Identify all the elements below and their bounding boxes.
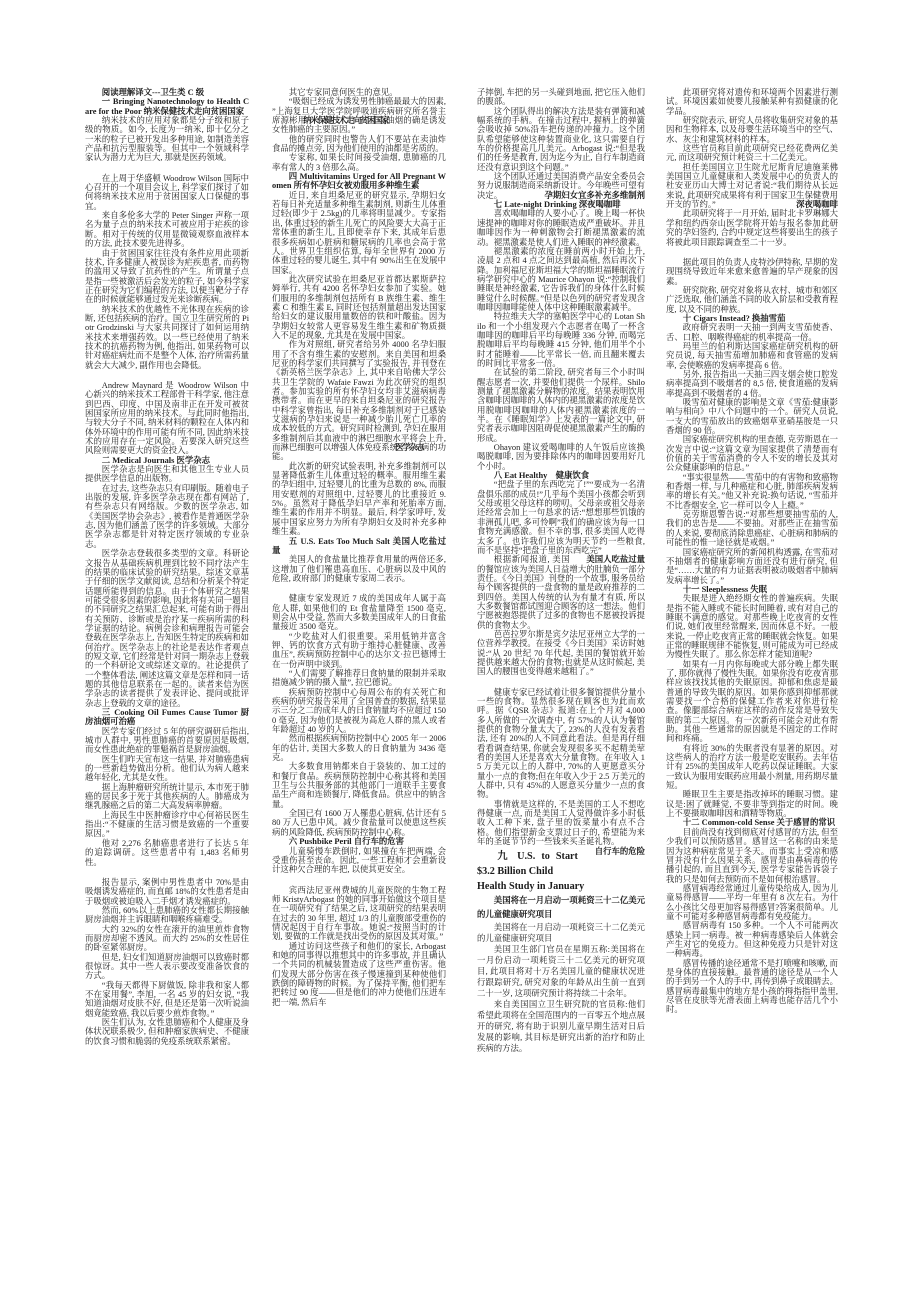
paragraph: “吸烟已经成为诱发男性肺癌最最大的因素, ”上海复旦大学医学院呼吸道疾病研究所名… (272, 97, 446, 134)
paragraph: 喜欢喝咖啡的人要小心了。晚上喝一杯快速提神的咖啡对你的睡眠造成严重破坏。并且咖啡… (477, 209, 645, 246)
text-column-4: 此项研究将对遗传和环境两个因素进行测试。环境因素如使婴儿接触某种有损健康的化学品… (666, 88, 838, 1015)
paragraph: 目前尚没有找到彻底对付感冒的方法, 但至少我们可以预防感冒。感冒这一名称的由来是… (666, 828, 838, 884)
paragraph: 上海民生中医肿瘤诊疗中心何裕民医生指出:“不健康的生活习惯是致癌的一个重要原因。… (85, 811, 249, 839)
paragraph: 纳米技术的应用对象都是分子级和原子级的物质。如今, 长度为一纳米, 即十亿分之一… (85, 116, 249, 163)
paragraph: 担任美国国立卫生院尤尼斯肯尼迪施莱佛美国国立儿童健康和人类发展中心的负责人的杜安… (666, 163, 838, 210)
paragraph: 大多数食用钠都来自于袋装的、加工过的和餐厅食品。疾病预防控制中心称其将和美国卫生… (272, 762, 446, 809)
paragraph: 此项研究将于一月开始, 届时北卡罗琳娜大学和纽约西奈山医学院将开始与报名参加此研… (666, 209, 838, 246)
bold-runin-title: 医学杂志 (395, 443, 423, 452)
text-segment: 事情就是这样的, 不是美国的工人不想吃得健康一点, 而是美国工人觉得做许多小时低… (477, 800, 645, 846)
paragraph: 纳米技术的优越性不光体现在疾病的诊断, 还包括疾病的治疗。国立卫生研究所的 Pi… (85, 305, 249, 370)
paragraph: 有将近 30%的失眠者没有显著的原因。对这些病人的治疗方法一般是吃安眠药。去年估… (666, 744, 838, 791)
bold-runin-title: 纳米保健技术走向贫困国家 (303, 116, 388, 125)
paragraph: 国家癌症研究所的新闻机构透露, 在雪茄对不抽烟者的健康影响方面还没有进行研究, … (666, 548, 838, 585)
bold-lead-paragraph: 美国将在一月启动一项耗资三十二亿美元的儿童健康研究项目 (477, 894, 645, 922)
paragraph: 感冒病毒经常通过儿童传染给成人, 因为儿童易得感冒——平均一年里有 8 次左右。… (666, 884, 838, 921)
document-page: 阅读理解译文---卫生类 C 级一 Bringing Nanotechnolog… (0, 0, 920, 1302)
text-column-2: 其它专家同意何医生的意见。“吸烟已经成为诱发男性肺癌最最大的因素, ”上海复旦大… (272, 88, 446, 1007)
paragraph: 健康专家发现近 7 成的美国成年人属于高危人群, 如果他们的 Et 食盐量降至 … (272, 594, 446, 631)
paragraph: 通过访问这些孩子和他们的家长, Arbogast 和她的同事得以推想其中的许多事… (272, 942, 446, 1007)
paragraph: 失眠是进入绝经期女性的普遍疾病。失眠是指不能入睡或不能长时间睡着, 或有对自己的… (666, 594, 838, 659)
paragraph: 美国人的食盐量比推荐食用量的两倍还多, 这增加了他们罹患高血压、心脏病以及中风的… (272, 555, 446, 583)
paragraph: 然而, 60%以上患肺癌的女性都长期接触厨房油烟并主诉眼睛和咽喉疼痛难受。 (85, 906, 249, 925)
paragraph: 吸雪茄对健康的影响是文章《雪茄:健康影响与相向》中八个问题中的一个。研究人员说,… (666, 398, 838, 435)
paragraph: 他对 2,276 名肺癌患者进行了长达 5 年的追踪调研。这些患者中有 1,48… (85, 839, 249, 867)
text-column-3: 子摔倒, 车把的另一头碰到地面, 把它压入他们的腹部。这个团队得出的解决方法是装… (477, 88, 645, 1054)
paragraph: “把盘子里的东西吃完了!”“要成为一名清盘俱乐部的成员!”几乎每个美国小孩都会听… (477, 480, 645, 555)
section-heading: 十 Cigars Instead? 换抽雪茄 (666, 314, 838, 323)
paragraph: 特拉维夫大学的塞帕医学中心的 Lotan Shilo 和一个小组发现六个志愿者在… (477, 312, 645, 368)
paragraph: 近日, 来自坦桑尼亚的研究显示, 孕期妇女若每日补充适量多种维生素制剂, 则新生… (272, 191, 446, 275)
bold-runin-title: 孕期妇女宜多补充多维制剂 (528, 191, 645, 200)
paragraph: 此项研究将对遗传和环境两个因素进行测试。环境因素如使婴儿接触某种有损健康的化学品… (666, 88, 838, 116)
paragraph: 据此项目的负责人皮特沙伊特称, 早期的发现围绕导致近年来愈来愈普遍的早产现象的因… (666, 258, 838, 286)
bold-runin-title: 自行车的危险 (578, 847, 645, 856)
paragraph: “我每天都得下厨做饭, 除非我和家人都不在家用餐”, 李旭, 一名 45 岁的妇… (85, 981, 249, 1018)
paragraph: 事情就是这样的, 不是美国的工人不想吃得健康一点, 而是美国工人觉得做许多小时低… (477, 800, 645, 847)
section-heading: 三 Cooking Oil Fumes Cause Tumor 厨房油烟可治癌 (85, 708, 249, 727)
paragraph: 由于贫困国家往往没有条件应用此项新技术, 许多健康人被误诊为疟疾患者, 而药物的… (85, 249, 249, 305)
document-title: 阅读理解译文---卫生类 C 级 (85, 88, 249, 97)
section-heading: 十一 Sleeplessness 失眠 (666, 585, 838, 594)
paragraph: 报告显示, 案例中男性患者中 70%是由吸烟诱发癌症的, 而直邮 18%的女性患… (85, 878, 249, 906)
paragraph: 在过去, 这些杂志只有印刷版。随着电子出版的发展, 许多医学杂志现在都有网站了,… (85, 484, 249, 549)
section-heading: 一 Bringing Nanotechnology to Health Care… (85, 97, 249, 116)
paragraph: 医学杂志是向医生和其他卫生专业人员提供医学信息的出版物。 (85, 465, 249, 484)
paragraph: Andrew Maynard 是 Woodrow Wilson 中心新兴的纳米技… (85, 381, 249, 456)
section-heading: 十二 Common-cold Sense 关于感冒的常识 (666, 818, 838, 827)
paragraph: 此次新的研究试验表明, 补充多维制剂可以显著降低新生儿体重过轻的概率。服用维生素… (272, 462, 446, 537)
paragraph: 如果有一月内你每晚或大部分晚上都失眠了, 那你就得了慢性失眠。如果你没有吃夜宵那… (666, 660, 838, 744)
paragraph: “事实很显然——雪茄中的有害物和致癌物和香烟一样, 与几种癌症和心脏, 肺部疾病… (666, 473, 838, 510)
paragraph: 其它专家同意何医生的意见。 (272, 88, 446, 97)
paragraph: 医生们认为, 女性患肺癌和个人健康及身体状况联系极少, 但和肿瘤家族病史、不健康… (85, 1018, 249, 1046)
paragraph: “人们需要了解推荐日食钠量的限制并采取措施减少钠的摄入量”, 拉巴德说。 (272, 669, 446, 688)
paragraph: 芭芭拉罗尔斯是宾夕法尼亚州立大学的一位营养学教授。在接受《今日美国》采访时她说:… (477, 630, 645, 677)
paragraph: 全国已有 1600 万人罹患心脏病, 估计还有 580 万人已患中风。减少食盐量… (272, 809, 446, 837)
paragraph: “少吃盐对人们很重要。采用低钠并富含钾、钙的饮食方式有助于维持心脏健康、改善血压… (272, 632, 446, 669)
paragraph: 医生们昨天宣布这一结果, 并对肺癌患病的一些新趋势做出分析。他们认为病人越来越年… (85, 755, 249, 783)
paragraph-gap (272, 583, 446, 594)
paragraph: 根据新闻报道, 美国的餐馆应该为美国人日益增大的肚腩负一部分责任。《今日美国》刊… (477, 555, 645, 630)
paragraph: 健康专家已经试着让很多餐馆提供分量小一些的食物。显然很多现在顾客也为此而欢呼。据… (477, 688, 645, 800)
paragraph: 大约 32%的女性在滚开的油里煎炸食物而厨房却密不透风。而大约 25%的女性居住… (85, 925, 249, 953)
paragraph: 褪黑激素的浓度在睡前两小时开始上升, 凌晨 2 点和 4 点之间达到最高植, 然… (477, 247, 645, 312)
paragraph: 研究院表示, 研究人员将收集研究对象的基因和生物样本, 以及母婴生活环境当中的空… (666, 116, 838, 144)
paragraph: 疾病预防控制中心每周公布的有关死亡和疾病的研究报告采用了全国普查的数据, 结果显… (272, 688, 446, 735)
paragraph-gap (85, 370, 249, 381)
paragraph: 来自多伦多大学的 Peter Singer 声称一项名为量子点的纳米技术可被应用… (85, 211, 249, 248)
paragraph: 据上海肿瘤研究所统计显示, 本市死于肺癌的居民多于死于其他疾病的人。肺癌成为继乳… (85, 783, 249, 811)
paragraph: 这些官员称目前此项研究已经花费两亿美元, 而这项研究预计耗资三十二亿美元。 (666, 144, 838, 163)
section-heading: 六 Pushbike Peril 自行车的危害 (272, 837, 446, 846)
paragraph: 在上周于华盛顿 Woodrow Wilson 国际中心召开的一个项目会议上, 科… (85, 174, 249, 211)
paragraph-gap (666, 247, 838, 258)
paragraph-gap (85, 163, 249, 174)
section-heading: 二 Medical Journals 医学杂志 (85, 456, 249, 465)
section-heading: 五 U.S. Eats Too Much Salt 美国人吃盐过量 (272, 537, 446, 556)
paragraph: 感冒传播的途径通常不是打喷嚏和咳嗽, 而是身体的直接接触。最普通的途径是从一个人… (666, 959, 838, 1015)
paragraph-gap (272, 875, 446, 886)
paragraph: 来自美国国立卫生研究院的官员称:他们希望此项将在全国范围内的一百零五个地点展开的… (477, 999, 645, 1054)
paragraph: 专家称, 如果长时间接受油烟, 患肺癌的几率有常人的 3 倍那么高。 (272, 153, 446, 172)
paragraph: 这个团队还通过美国消费产品安全委员会努力说服制造商采纳新设计。今年晚些可望有决定… (477, 172, 645, 200)
paragraph: 睡眠卫生主要是指改掉坏的睡眠习惯。建议是:困了就睡觉, 不要非等到指定的时间。晚… (666, 790, 838, 818)
paragraph: 玛里兰的伯利斯达国家癌症研究机构的研究员说, 每天抽雪茄增加肺癌和食管癌的发病率… (666, 342, 838, 370)
paragraph: 作为对照组, 研究者给另外 4000 名孕妇服用了不含有维生素的安慰剂。来自美国… (272, 340, 446, 461)
paragraph: 此次研究试验在坦桑尼亚首都达累斯萨拉姆举行, 共有 4200 名怀孕妇女参加了实… (272, 275, 446, 340)
paragraph: Ohayon 建议爱喝咖啡的人午饭后应该换喝脱咖啡, 因为要排除体内的咖啡因要用… (477, 443, 645, 471)
paragraph: 美国卫生部门官员在星期五称:美国将在一月份启动一项耗资三十二亿美元的研究项目, … (477, 944, 645, 999)
paragraph-gap (477, 677, 645, 688)
paragraph: 另外, 报告指出一天抽三四支烟会使口腔发病率提高到不吸烟者的 8,5 倍, 使食… (666, 370, 838, 398)
paragraph: 政府研究表明一天抽一到两支雪茄使香、舌、口腔、咽喉得癌症的机率提高一倍。 (666, 323, 838, 342)
paragraph: 然而根据疾病预防控制中心 2005 年一 2006 年的估计, 美国大多数人的日… (272, 734, 446, 762)
paragraph-gap (85, 867, 249, 878)
text-segment: “把盘子里的东西吃完了!”“要成为一名清盘俱乐部的成员!”几乎每个美国小孩都会听… (477, 480, 645, 554)
section-heading: Health Study in January (477, 879, 645, 894)
paragraph: 医学专家们经过 5 年的研究调研后指出, 城市人群中, 男性患肺癌的首要原因是吸… (85, 727, 249, 755)
text-column-1: 阅读理解译文---卫生类 C 级一 Bringing Nanotechnolog… (85, 88, 249, 1046)
paragraph: 这个团队得出的解决方法是装有弹簧和减幅系统的手柄。在撞击过程中, 握柄上的弹簧会… (477, 107, 645, 172)
paragraph: 宾西法尼亚州费城的儿童医院的生物工程师 KristyArbogast 的她的同事… (272, 886, 446, 942)
paragraph: 但是, 妇女们知道厨房油烟可以致癌时都很惊讶。其中一些人表示要改变准备饮食的方式… (85, 953, 249, 981)
paragraph: 克劳斯恩警告说:“对那些想要抽雪茄的人, 我们的忠告是——不要抽。对那些正在抽雪… (666, 510, 838, 547)
bold-runin-title: 美国人吃盐过量 (570, 555, 645, 564)
paragraph: 医学杂志登载很多类型的文章。科研论文报告从基础疾病机理到比较不同疗法产生的结果的… (85, 549, 249, 708)
text-segment: 作为对照组, 研究者给另外 4000 名孕妇服用了不含有维生素的安慰剂。来自美国… (272, 340, 446, 452)
paragraph: 研究院称, 研究对象将从农村、城市和郊区广泛选取, 他们涵盖不同的收入阶层和受教… (666, 286, 838, 314)
paragraph: 儿童骑慢车跌倒时, 如果撞在车把两端, 会受重伤甚至丧命。因此, 一些工程师才会… (272, 847, 446, 875)
section-heading: 四 Multivitamins Urged for All Pregnant W… (272, 172, 446, 191)
paragraph: 美国将在一月启动一项耗资三十二亿美元的儿童健康研究项目 (477, 922, 645, 944)
paragraph: 在试验的第二阶段, 研究者每三个小时叫醒志愿者一次, 并要他们提供一个尿样。Sh… (477, 368, 645, 443)
paragraph: 他的研究同时也警告人们不要站在卖油炸食品的摊点旁, 因为他们使用的油都是劣质的。 (272, 135, 446, 154)
paragraph: 子摔倒, 车把的另一头碰到地面, 把它压入他们的腹部。 (477, 88, 645, 107)
paragraph: 感冒病毒有 150 多种。一个人不可能两次感染上同一病毒。被一种病毒感染后人体就… (666, 921, 838, 958)
paragraph: 国家癌症研究机构的里查德, 克劳斯恩在一次发言中说:“这篇文章为国家提供了清楚而… (666, 435, 838, 472)
